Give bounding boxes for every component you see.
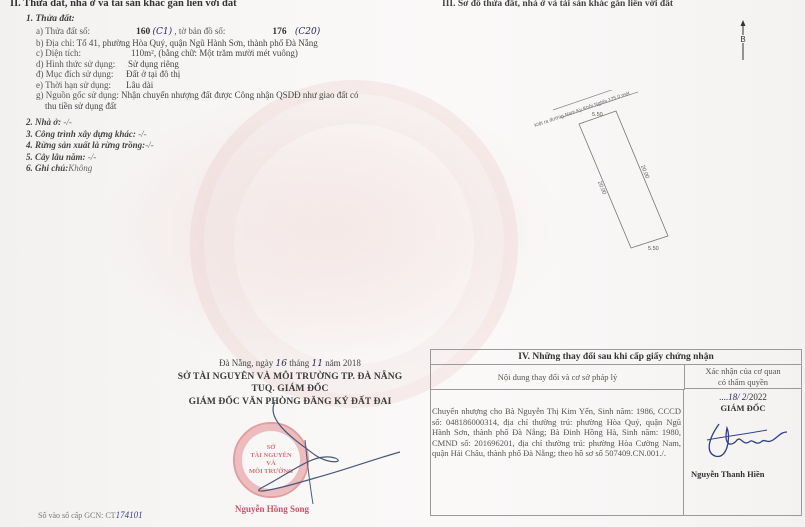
dimension-right: 20.00 xyxy=(639,165,650,180)
use-form-label: d) Hình thức sử dụng: xyxy=(36,59,128,70)
item-label: 6. Ghi chú: xyxy=(26,163,68,173)
north-label: B xyxy=(740,35,745,44)
purpose-row: đ) Mục đích sử dụng:Đất ở tại đô thị xyxy=(36,69,359,80)
certificate-page: II. Thửa đất, nhà ở và tài sản khác gắn … xyxy=(0,0,805,527)
column-header-content: Nội dung thay đổi và cơ sở pháp lý xyxy=(431,365,685,390)
other-assets-list: 2. Nhà ở: -/- 3. Công trình xây dựng khá… xyxy=(26,117,154,175)
address-row: b) Địa chỉ: Tổ 41, phường Hòa Quý, quận … xyxy=(36,38,359,49)
item-value: -/- xyxy=(88,152,97,162)
list-item: 2. Nhà ở: -/- xyxy=(26,117,154,129)
origin-value: Nhận chuyển nhượng đất được Công nhận QS… xyxy=(121,90,358,100)
use-form-value: Sử dụng riêng xyxy=(128,59,179,69)
list-item: 5. Cây lâu năm: -/- xyxy=(26,152,154,164)
term-label: e) Thời hạn sử dụng: xyxy=(36,80,126,91)
date-handwritten: 18/ 2 xyxy=(728,392,746,402)
parcel-row: a) Thửa đất số:160 (C1) , tờ bản đồ số:1… xyxy=(36,26,359,38)
confirmation-title: GIÁM ĐỐC xyxy=(685,403,801,413)
address-value: Tổ 41, phường Hòa Quý, quận Ngũ Hành Sơn… xyxy=(77,38,318,48)
purpose-label: đ) Mục đích sử dụng: xyxy=(36,69,126,80)
item-label: 4. Rừng sản xuất là rừng trồng: xyxy=(26,140,145,150)
item-label: 5. Cây lâu năm: xyxy=(26,152,86,162)
section-4-title: IV. Những thay đổi sau khi cấp giấy chứn… xyxy=(431,350,801,365)
issue-month: 11 xyxy=(311,359,322,369)
month-label: tháng xyxy=(289,358,309,368)
term-row: e) Thời hạn sử dụng:Lâu dài xyxy=(36,80,359,91)
confirmation-cell: ....18/ 2/2022 GIÁM ĐỐC Nguyễn Thanh Hiề… xyxy=(685,390,801,515)
area-value: 110m², (bằng chữ: Một trăm mười mét vuôn… xyxy=(131,48,298,58)
issue-date: Đà Nẵng, ngày 16 tháng 11 năm 2018 xyxy=(150,357,430,371)
column-header-confirmation: Xác nhận của cơ quan có thẩm quyền xyxy=(685,365,801,389)
changes-table: IV. Những thay đổi sau khi cấp giấy chứn… xyxy=(430,349,802,516)
date-dots: .... xyxy=(719,392,728,402)
dimension-top: 5.50 xyxy=(592,112,603,118)
date-year: /2022 xyxy=(746,392,767,402)
issuing-authority: SỞ TÀI NGUYÊN VÀ MÔI TRƯỜNG TP. ĐÀ NẴNG xyxy=(150,371,430,384)
item-value: -/- xyxy=(145,140,154,150)
column-header-line: Xác nhận của cơ quan xyxy=(685,366,801,377)
signature-scribble-right xyxy=(697,418,797,462)
origin-row: g) Nguồn gốc sử dụng: Nhận chuyển nhượng… xyxy=(36,90,359,101)
registry-number: 174101 xyxy=(116,510,143,520)
authorization-line: TUQ. GIÁM ĐỐC xyxy=(150,383,430,396)
signature-scribble-left xyxy=(235,400,405,510)
section-3-title: III. Sơ đồ thửa đất, nhà ở và tài sản kh… xyxy=(442,0,673,9)
date-prefix: Đà Nẵng, ngày xyxy=(219,358,273,368)
land-heading: 1. Thửa đất: xyxy=(26,14,75,24)
item-value: Không xyxy=(68,163,92,173)
dimension-left: 20.00 xyxy=(596,181,607,196)
section-2-title: II. Thửa đất, nhà ở và tài sản khác gắn … xyxy=(10,0,237,9)
map-sheet-handwritten: (C20) xyxy=(295,27,320,37)
issuer-signer-name: Nguyễn Hồng Song xyxy=(235,504,309,514)
origin-label: g) Nguồn gốc sử dụng: xyxy=(36,90,119,100)
confirmation-date: ....18/ 2/2022 xyxy=(685,392,801,402)
list-item: 3. Công trình xây dựng khác: -/- xyxy=(26,129,154,141)
list-item: 6. Ghi chú:Không xyxy=(26,163,154,175)
list-item: 4. Rừng sản xuất là rừng trồng:-/- xyxy=(26,140,154,152)
north-arrow-icon: B xyxy=(737,20,749,60)
item-label: 3. Công trình xây dựng khác: xyxy=(26,129,136,139)
origin-value-continued: thu tiền sử dụng đất xyxy=(45,101,116,111)
change-content: Chuyển nhượng cho Bà Nguyễn Thị Kim Yến,… xyxy=(431,390,684,515)
issue-year: năm 2018 xyxy=(325,358,361,368)
item-value: -/- xyxy=(63,117,72,127)
parcel-label: a) Thửa đất số: xyxy=(36,26,136,37)
purpose-value: Đất ở tại đô thị xyxy=(126,69,180,79)
parcel-number-handwritten: (C1) xyxy=(153,27,173,37)
address-label: b) Địa chỉ: xyxy=(36,38,75,48)
column-header-line: có thẩm quyền xyxy=(685,377,801,388)
parcel-number: 160 xyxy=(136,27,150,37)
area-label: c) Diện tích: xyxy=(36,48,131,59)
registry-label: Số vào sổ cấp GCN: CT xyxy=(38,511,116,520)
origin-row-continued: thu tiền sử dụng đất xyxy=(36,101,359,112)
use-form-row: d) Hình thức sử dụng:Sử dụng riêng xyxy=(36,59,359,70)
land-details: a) Thửa đất số:160 (C1) , tờ bản đồ số:1… xyxy=(36,26,359,111)
item-value: -/- xyxy=(138,129,147,139)
land-plot-diagram: Kiệt ra đường Nam Kỳ Khởi Nghĩa 125.0 mé… xyxy=(520,90,720,260)
map-sheet-number: 176 xyxy=(272,27,286,37)
confirmation-signer: Nguyễn Thanh Hiền xyxy=(691,469,765,479)
area-row: c) Diện tích:110m², (bằng chữ: Một trăm … xyxy=(36,48,359,59)
map-sheet-label: , tờ bản đồ số: xyxy=(174,26,272,37)
issue-day: 16 xyxy=(276,359,287,369)
certificate-registry-number: Số vào sổ cấp GCN: CT174101 xyxy=(38,510,143,520)
term-value: Lâu dài xyxy=(126,80,153,90)
item-label: 2. Nhà ở: xyxy=(26,117,61,127)
dimension-bottom: 5.50 xyxy=(648,246,659,252)
